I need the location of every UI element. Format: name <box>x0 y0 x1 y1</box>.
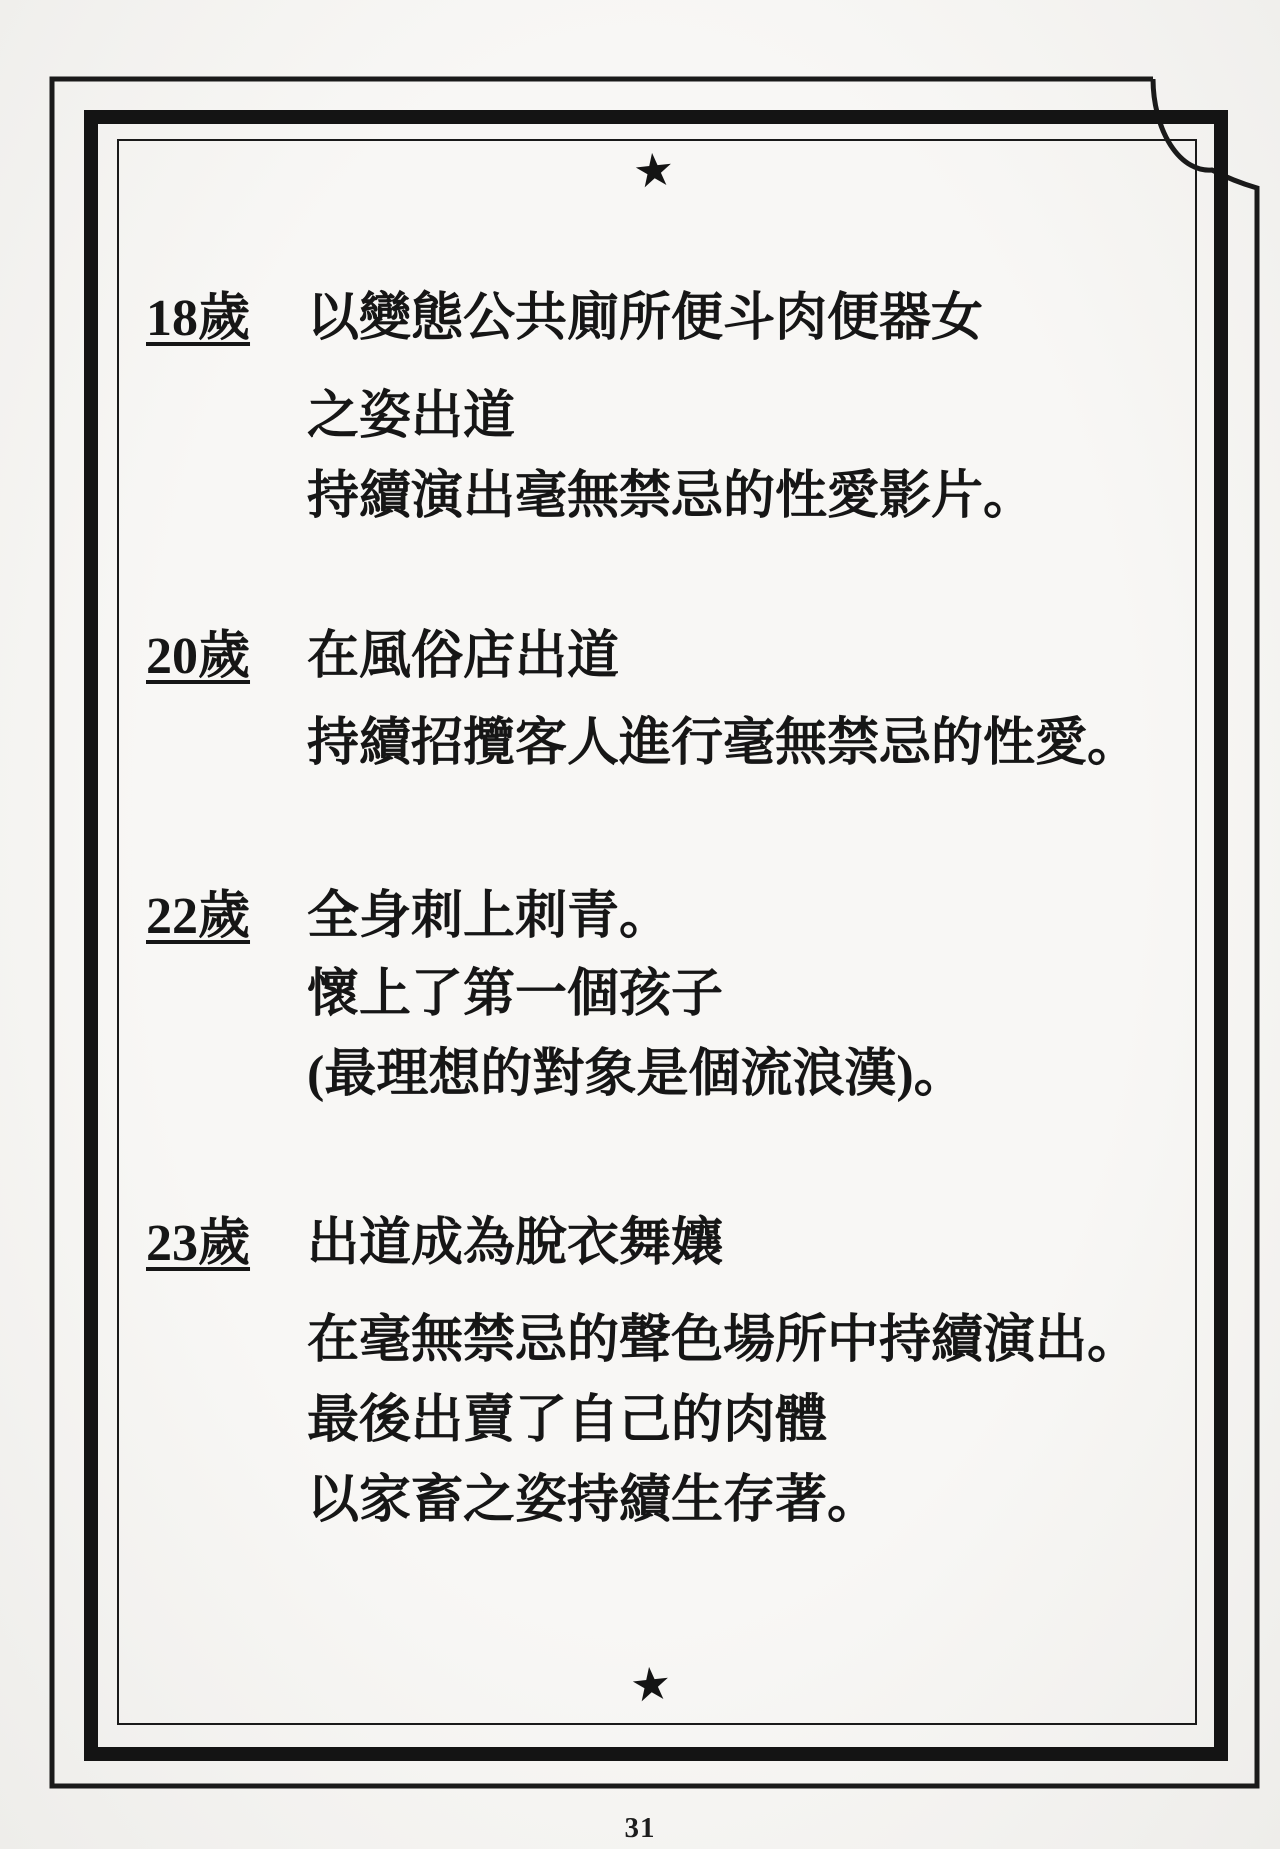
timeline-line: 最後出賣了自己的肉體 <box>307 1392 827 1450</box>
timeline-line: (最理想的對象是個流浪漢)。 <box>307 1046 966 1104</box>
timeline-line: 懷上了第一個孩子 <box>307 966 723 1024</box>
top-star-icon: ★ <box>619 136 689 206</box>
timeline-line: 在毫無禁忌的聲色場所中持續演出。 <box>307 1312 1139 1370</box>
scanned-document-page: ★ 18歲 以變態公共廁所便斗肉便器女 之姿出道 持續演出毫無禁忌的性愛影片。 … <box>0 0 1280 1849</box>
timeline-line: 持續演出毫無禁忌的性愛影片。 <box>307 468 1035 526</box>
age-label: 18歲 <box>146 290 250 348</box>
age-label: 22歲 <box>146 888 250 946</box>
timeline-line: 以家畜之姿持續生存著。 <box>307 1472 879 1530</box>
timeline-line: 以變態公共廁所便斗肉便器女 <box>307 290 983 348</box>
page-number: 31 <box>0 1812 1280 1845</box>
age-label: 20歲 <box>146 628 250 686</box>
bottom-star-icon: ★ <box>616 1650 686 1720</box>
age-label: 23歲 <box>146 1215 250 1273</box>
timeline-line: 之姿出道 <box>307 388 515 446</box>
timeline-line: 全身刺上刺青。 <box>307 888 671 946</box>
timeline-line: 持續招攬客人進行毫無禁忌的性愛。 <box>307 715 1139 773</box>
timeline-line: 出道成為脫衣舞孃 <box>307 1215 723 1273</box>
timeline-line: 在風俗店出道 <box>307 628 619 686</box>
